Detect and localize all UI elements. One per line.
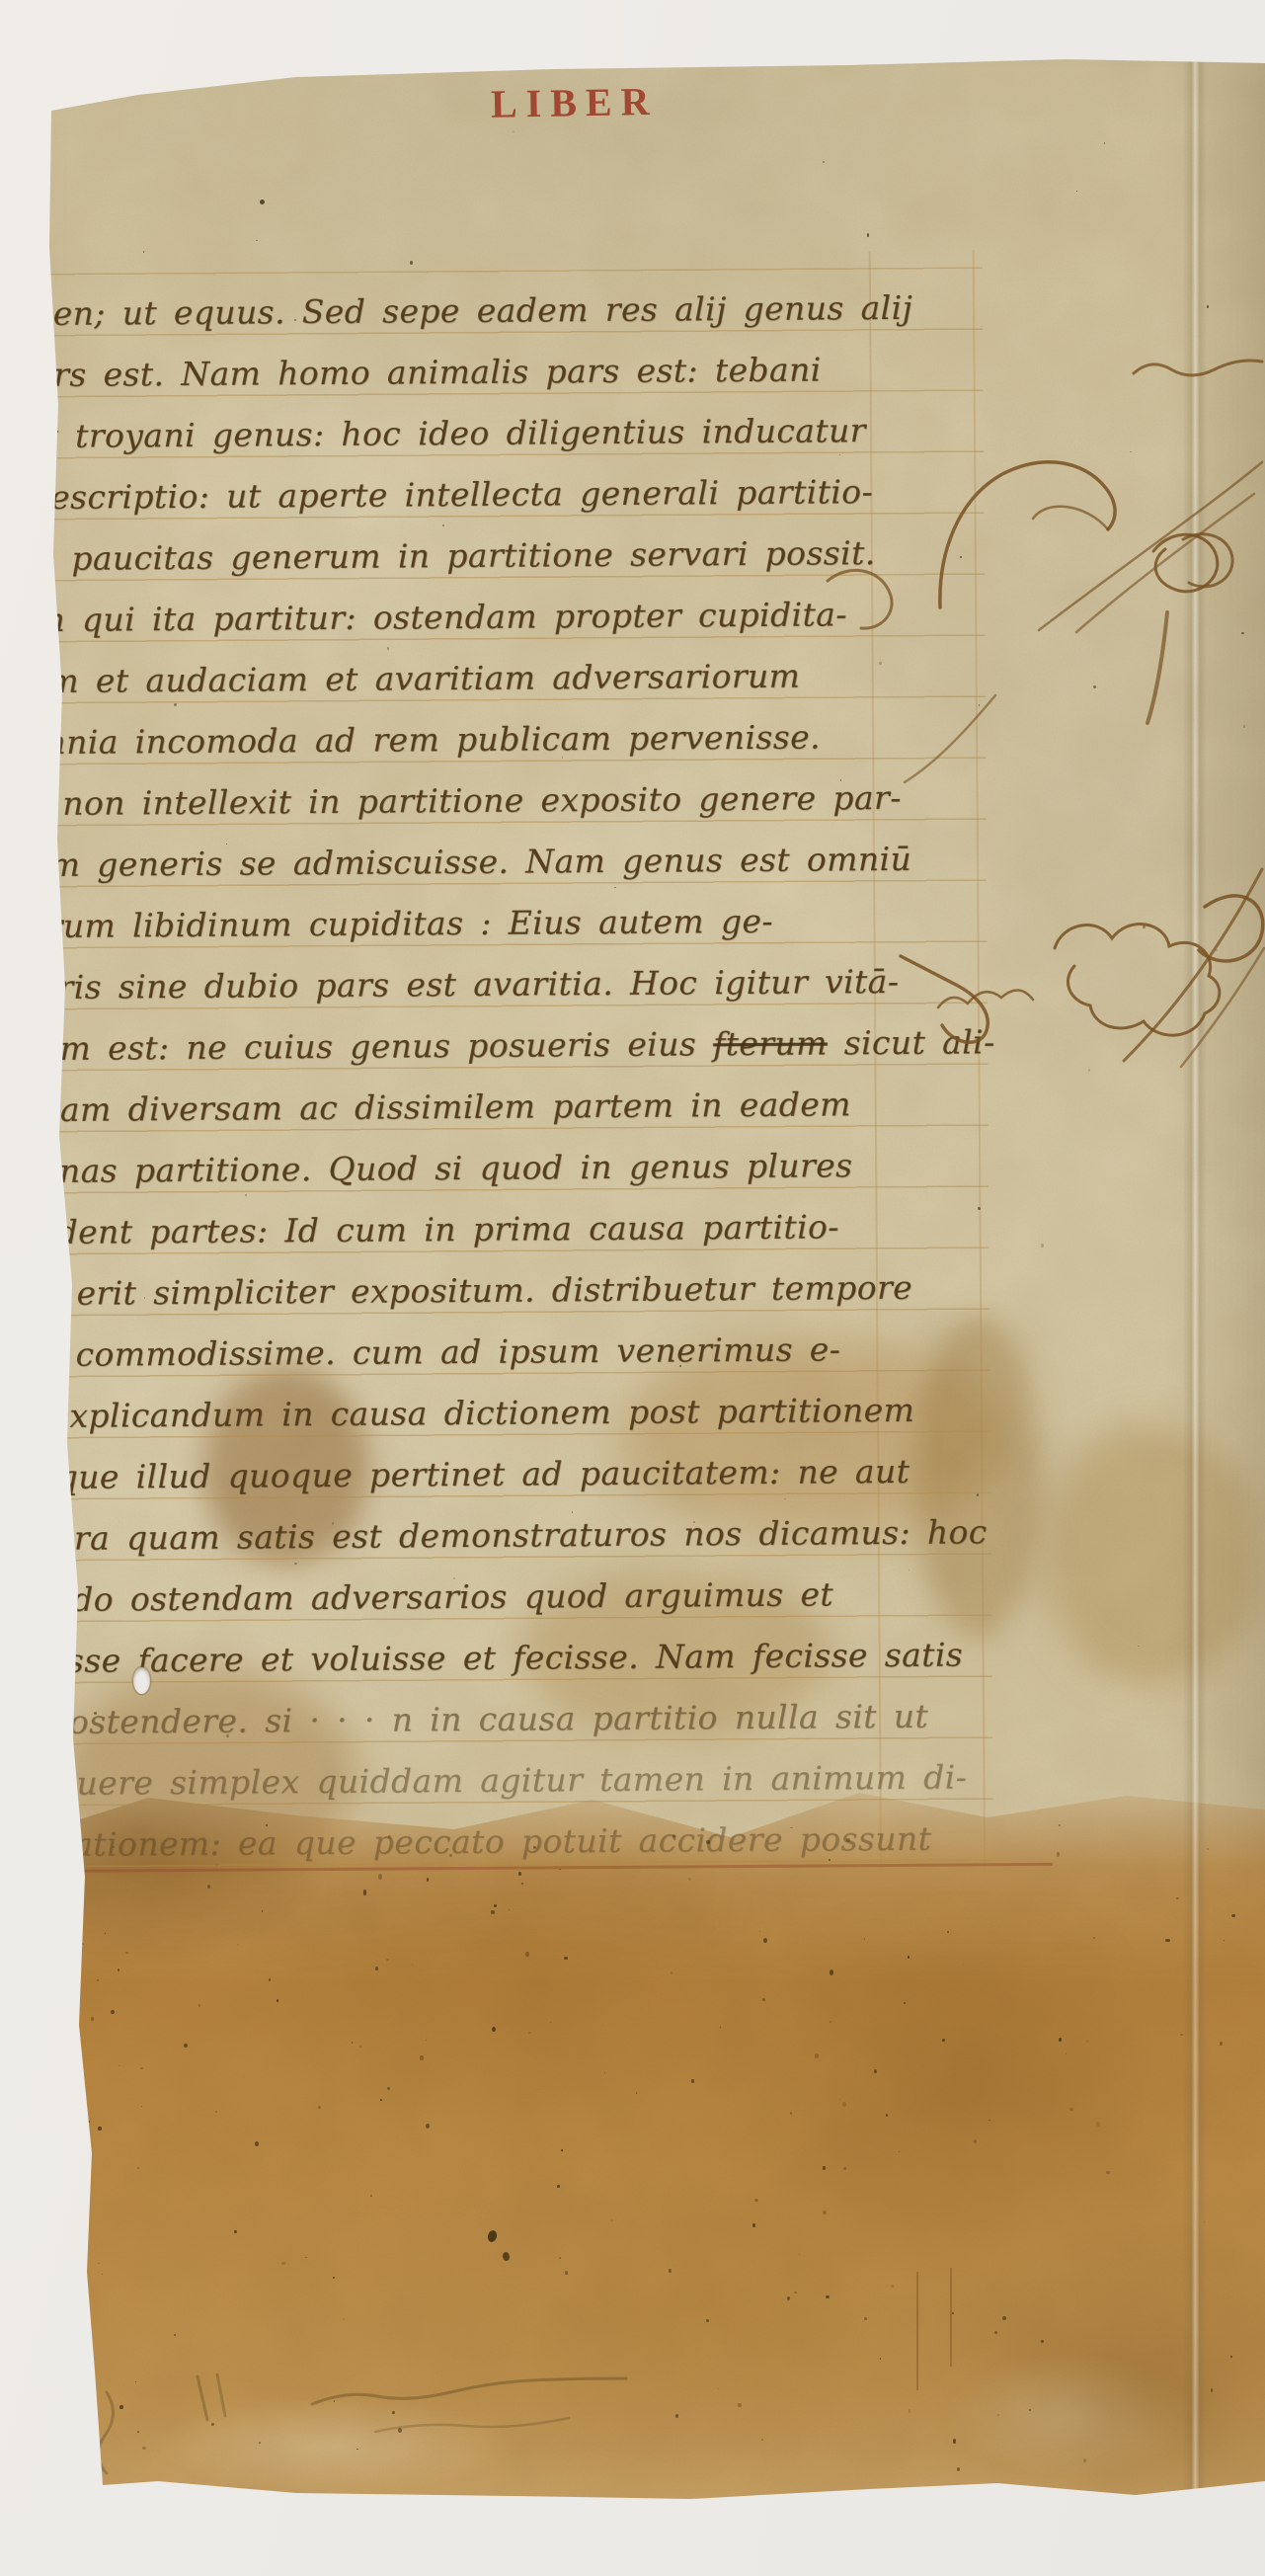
text-line-15: ponas partitione. Quod si quod in genus …	[18, 1135, 956, 1203]
stain-drip	[916, 2272, 918, 2390]
text-line-26: dicationem: ea que peccato potuit accide…	[23, 1809, 961, 1877]
text-line-22: modo ostendam adversarios quod arguimus …	[21, 1564, 959, 1632]
faded-ink-traces	[79, 2341, 652, 2479]
ink-spot	[260, 200, 265, 204]
text-segment: ne erit simpliciter expositum. distribue…	[19, 1268, 912, 1313]
text-segment: modo ostendam adversarios quod arguimus …	[21, 1574, 833, 1619]
text-line-19: t explicandum in causa dictionem post pa…	[20, 1380, 958, 1448]
binding-hole	[133, 1667, 150, 1694]
text-segment: am qui ita partitur: ostendam propter cu…	[14, 595, 847, 639]
text-segment: ponas partitione. Quod si quod in genus …	[18, 1146, 853, 1190]
text-segment: Atque illud quoque pertinet ad paucitate…	[20, 1452, 909, 1496]
text-line-20: Atque illud quoque pertinet ad paucitate…	[20, 1441, 958, 1509]
text-segment: uit troyani genus: hoc ideo diligentius …	[13, 411, 866, 455]
text-line-25: uere simplex quiddam agitur tamen in ani…	[76, 1746, 1014, 1814]
text-segment: tem generis se admiscuisse. Nam genus es…	[16, 840, 911, 884]
text-segment: iorum libidinum cupiditas : Eius autem g…	[16, 902, 773, 945]
text-segment: Is non intellexit in partitione exposito…	[15, 778, 901, 823]
manuscript-page: enen; ut equus. Sed sepe eadem res alij …	[0, 0, 1265, 2576]
text-segment: t explicandum in causa dictionem post pa…	[20, 1391, 915, 1435]
text-segment: pars est. Nam homo animalis pars est: te…	[12, 350, 821, 394]
text-line-17: ne erit simpliciter expositum. distribue…	[19, 1257, 957, 1326]
photo-backdrop: enen; ut equus. Sed sepe eadem res alij …	[0, 0, 1265, 2576]
text-segment: prescriptio: ut aperte intellecta genera…	[13, 472, 873, 517]
text-segment: tuisse facere et voluisse et fecisse. Na…	[22, 1636, 964, 1681]
text-line-23: tuisse facere et voluisse et fecisse. Na…	[21, 1625, 959, 1693]
text-segment: neris sine dubio pars est avaritia. Hoc …	[17, 962, 900, 1006]
text-segment: dum est: ne cuius genus posueris eius	[17, 1024, 713, 1068]
text-line-16: cadent partes: Id cum in prima causa par…	[18, 1196, 956, 1264]
marginalia-pen-sketch	[790, 316, 1265, 1087]
rubric-liber: LIBER	[491, 77, 689, 126]
text-segment: tem et audaciam et avaritiam adversarior…	[15, 657, 801, 701]
text-segment: plura quam satis est demonstraturos nos …	[21, 1512, 988, 1558]
text-segment: omnia incomoda ad rem publicam perveniss…	[15, 717, 821, 762]
text-line-18: eo commodissime. cum ad ipsum venerimus …	[19, 1319, 957, 1387]
text-segment: st ostendere. si · · · n in causa partit…	[22, 1697, 928, 1741]
text-segment: cadent partes: Id cum in prima causa par…	[18, 1207, 838, 1251]
text-segment: dicationem: ea que peccato potuit accide…	[23, 1819, 932, 1864]
text-line-21: plura quam satis est demonstraturos nos …	[21, 1502, 959, 1570]
text-segment: eo commodissime. cum ad ipsum venerimus …	[19, 1329, 840, 1374]
text-segment: ne paucitas generum in partitione servar…	[14, 533, 876, 578]
stain-drip	[950, 2268, 952, 2367]
text-line-24: st ostendere. si · · · n in causa partit…	[22, 1686, 960, 1754]
text-segment: enen; ut equus. Sed sepe eadem res alij …	[12, 288, 912, 333]
text-segment: quam diversam ac dissimilem partem in ea…	[18, 1085, 851, 1129]
text-segment: uere simplex quiddam agitur tamen in ani…	[76, 1757, 967, 1802]
